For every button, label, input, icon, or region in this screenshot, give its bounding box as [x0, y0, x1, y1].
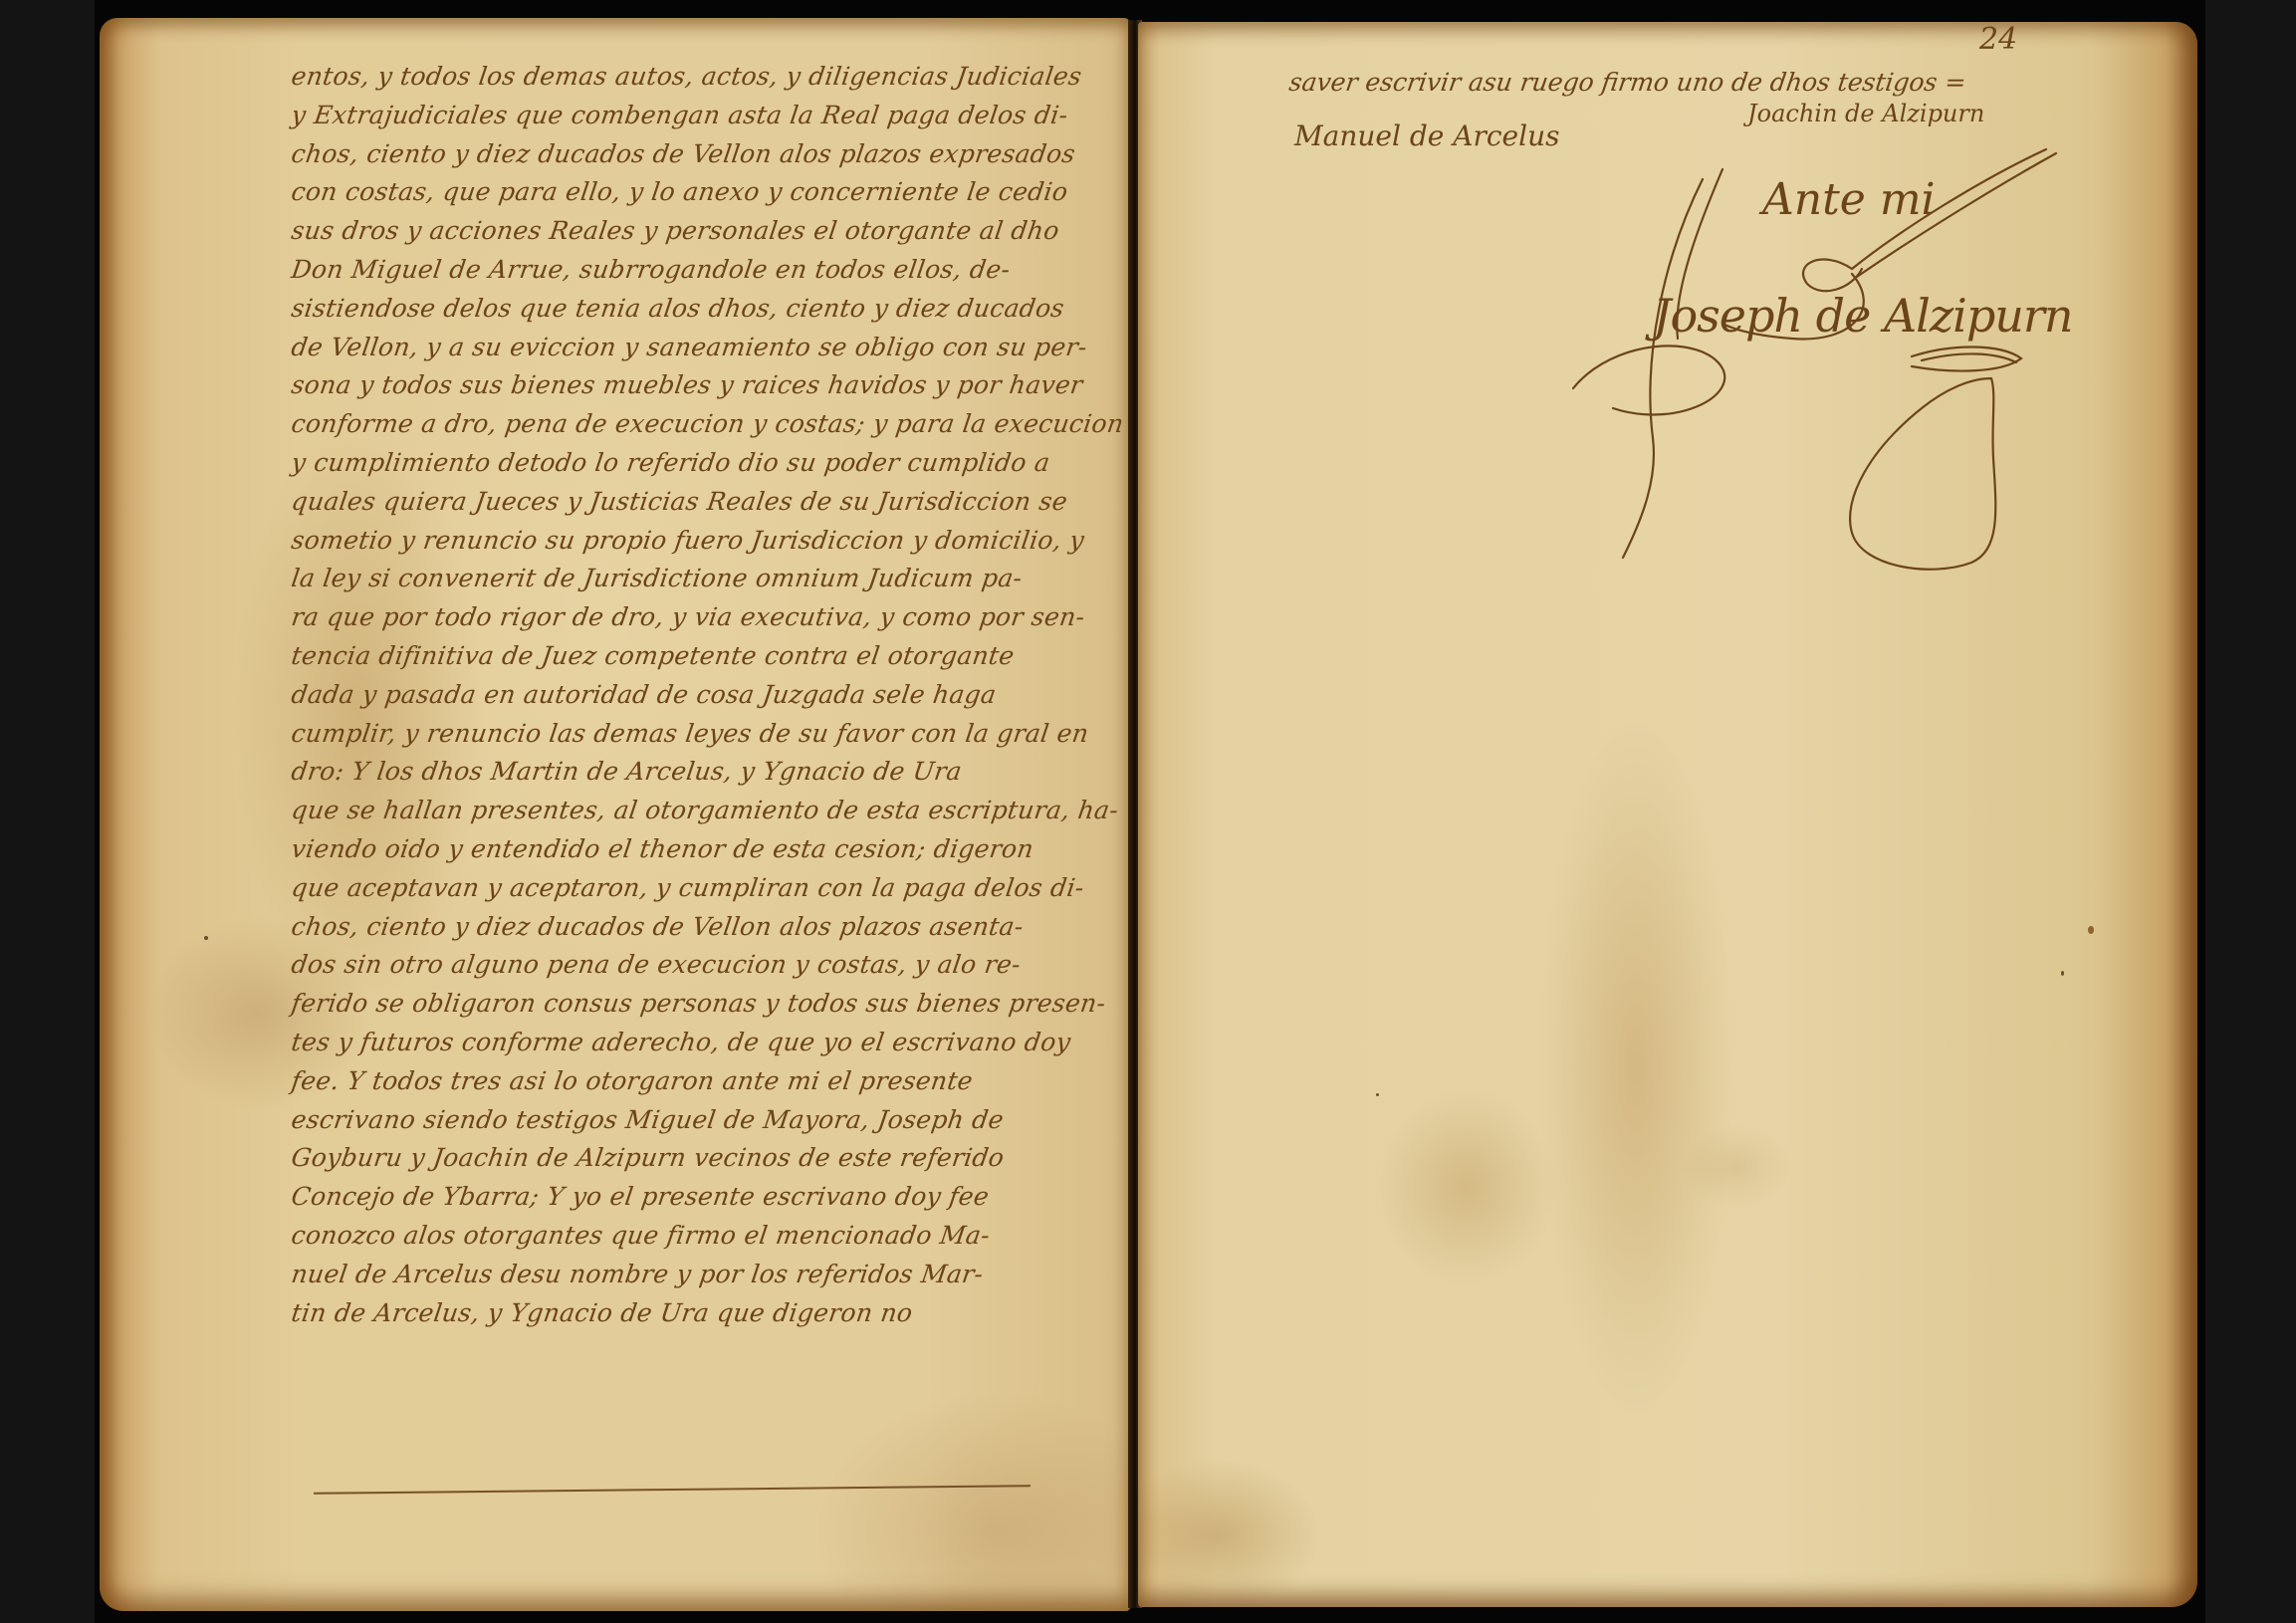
- manuscript-line: tencia difinitiva de Juez competente con…: [289, 637, 1031, 676]
- foxing-spot: [2061, 971, 2064, 976]
- manuscript-line: chos, ciento y diez ducados de Vellon al…: [289, 135, 1031, 174]
- manuscript-line: viendo oido y entendido el thenor de est…: [289, 830, 1031, 869]
- manuscript-line: de Vellon, y a su eviccion y saneamiento…: [289, 329, 1031, 367]
- manuscript-line: que se hallan presentes, al otorgamiento…: [289, 792, 1031, 830]
- manuscript-line: fee. Y todos tres asi lo otorgaron ante …: [289, 1062, 1031, 1101]
- notary-ante-mi: Ante mi: [1762, 174, 1936, 225]
- manuscript-line: cumplir, y renuncio las demas leyes de s…: [289, 715, 1031, 754]
- manuscript-line: dos sin otro alguno pena de execucion y …: [289, 946, 1031, 985]
- document-viewer: entos, y todos los demas autos, actos, y…: [0, 0, 2296, 1623]
- manuscript-line: Goyburu y Joachin de Alzipurn vecinos de…: [289, 1139, 1031, 1178]
- manuscript-line: tin de Arcelus, y Ygnacio de Ura que dig…: [289, 1294, 1031, 1333]
- folio-number: 24: [1979, 22, 2017, 57]
- foxing-spot: [1376, 1093, 1379, 1096]
- manuscript-line: conforme a dro, pena de execucion y cost…: [289, 405, 1031, 444]
- manuscript-line: sometio y renuncio su propio fuero Juris…: [289, 522, 1031, 561]
- manuscript-line: nuel de Arcelus desu nombre y por los re…: [289, 1256, 1031, 1294]
- manuscript-line: con costas, que para ello, y lo anexo y …: [289, 173, 1031, 212]
- manuscript-line: Concejo de Ybarra; Y yo el presente escr…: [289, 1178, 1031, 1217]
- manuscript-line: dada y pasada en autoridad de cosa Juzga…: [289, 676, 1031, 715]
- manuscript-line: escrivano siendo testigos Miguel de Mayo…: [289, 1101, 1031, 1140]
- manuscript-line: tes y futuros conforme aderecho, de que …: [289, 1024, 1031, 1062]
- manuscript-line: ra que por todo rigor de dro, y via exec…: [289, 598, 1031, 637]
- foxing-spot: [2088, 926, 2094, 934]
- signature-manuel-de-arcelus: Manuel de Arcelus: [1294, 119, 1559, 152]
- manuscript-line: quales quiera Jueces y Justicias Reales …: [289, 483, 1031, 522]
- foxing-spot: [204, 936, 208, 940]
- manuscript-line: Don Miguel de Arrue, subrrogandole en to…: [289, 251, 1031, 290]
- signature-joachin-de-alzipurn: Joachin de Alzipurn: [1747, 100, 1984, 127]
- manuscript-line: ferido se obligaron consus personas y to…: [289, 985, 1031, 1024]
- manuscript-line: la ley si convenerit de Jurisdictione om…: [289, 560, 1031, 598]
- manuscript-line: chos, ciento y diez ducados de Vellon al…: [289, 908, 1031, 947]
- manuscript-line: dro: Y los dhos Martin de Arcelus, y Ygn…: [289, 753, 1031, 792]
- manuscript-line: sus dros y acciones Reales y personales …: [289, 212, 1031, 251]
- right-page: [1138, 22, 2197, 1607]
- manuscript-line: conozco alos otorgantes que firmo el men…: [289, 1217, 1031, 1256]
- manuscript-line: y Extrajudiciales que combengan asta la …: [289, 97, 1031, 135]
- manuscript-line: sona y todos sus bienes muebles y raices…: [289, 366, 1031, 405]
- manuscript-line: sistiendose delos que tenia alos dhos, c…: [289, 290, 1031, 329]
- manuscript-line: y cumplimiento detodo lo referido dio su…: [289, 444, 1031, 483]
- left-page-text: entos, y todos los demas autos, actos, y…: [289, 58, 1026, 1332]
- signature-joseph-de-alzipurn: Joseph de Alzipurn: [1653, 289, 2073, 343]
- manuscript-line: que aceptavan y aceptaron, y cumpliran c…: [289, 869, 1031, 908]
- closing-line: saver escrivir asu ruego firmo uno de dh…: [1287, 68, 1968, 97]
- manuscript-line: entos, y todos los demas autos, actos, y…: [289, 58, 1031, 97]
